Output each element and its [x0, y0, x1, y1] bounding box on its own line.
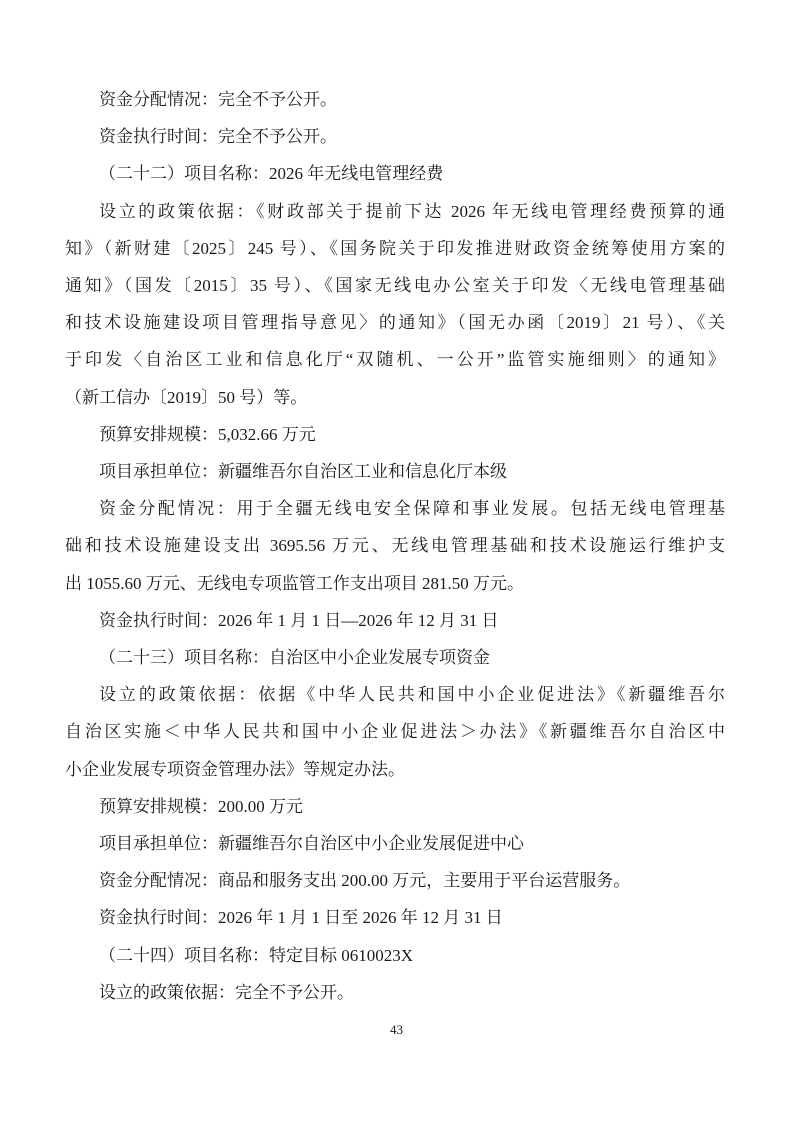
text-line: 知》（新财建〔2025〕245 号）、《国务院关于印发推进财政资金统筹使用方案的: [65, 230, 725, 267]
text-line: 预算安排规模：200.00 万元: [65, 788, 725, 825]
paragraph: 项目承担单位：新疆维吾尔自治区中小企业发展促进中心: [65, 825, 725, 862]
paragraph: 预算安排规模：200.00 万元: [65, 788, 725, 825]
text-line: 设立的政策依据：完全不予公开。: [65, 974, 725, 1011]
text-line: 出 1055.60 万元、无线电专项监管工作支出项目 281.50 万元。: [65, 565, 725, 602]
paragraph: 资金分配情况：商品和服务支出 200.00 万元，主要用于平台运营服务。: [65, 862, 725, 899]
paragraph: 资金分配情况：完全不予公开。: [65, 81, 725, 118]
paragraph: 预算安排规模：5,032.66 万元: [65, 416, 725, 453]
text-line: 和技术设施建设项目管理指导意见〉的通知》（国无办函〔2019〕21 号）、《关: [65, 304, 725, 341]
text-line: 小企业发展专项资金管理办法》等规定办法。: [65, 751, 725, 788]
text-line: 资金分配情况：商品和服务支出 200.00 万元，主要用于平台运营服务。: [65, 862, 725, 899]
text-line: 通知》（国发〔2015〕35 号）、《国家无线电办公室关于印发〈无线电管理基础: [65, 267, 725, 304]
text-line: 于印发〈自治区工业和信息化厅“双随机、一公开”监管实施细则〉的通知》: [65, 341, 725, 378]
text-line: 设立的政策依据：依据《中华人民共和国中小企业促进法》《新疆维吾尔: [65, 676, 725, 713]
text-line: 资金执行时间：完全不予公开。: [65, 118, 725, 155]
text-line: （二十四）项目名称：特定目标 0610023X: [65, 937, 725, 974]
text-line: （新工信办〔2019〕50 号）等。: [65, 379, 725, 416]
text-line: 资金分配情况：完全不予公开。: [65, 81, 725, 118]
text-line: 自治区实施＜中华人民共和国中小企业促进法＞办法》《新疆维吾尔自治区中: [65, 713, 725, 750]
text-line: （二十三）项目名称：自治区中小企业发展专项资金: [65, 639, 725, 676]
paragraph: 资金分配情况：用于全疆无线电安全保障和事业发展。包括无线电管理基 础和技术设施建…: [65, 490, 725, 602]
text-line: 资金执行时间：2026 年 1 月 1 日至 2026 年 12 月 31 日: [65, 899, 725, 936]
paragraph: （二十二）项目名称：2026 年无线电管理经费: [65, 155, 725, 192]
text-line: 设立的政策依据：《财政部关于提前下达 2026 年无线电管理经费预算的通: [65, 193, 725, 230]
paragraph: 设立的政策依据：依据《中华人民共和国中小企业促进法》《新疆维吾尔 自治区实施＜中…: [65, 676, 725, 788]
document-page: 资金分配情况：完全不予公开。 资金执行时间：完全不予公开。 （二十二）项目名称：…: [0, 0, 793, 1122]
paragraph: 项目承担单位：新疆维吾尔自治区工业和信息化厅本级: [65, 453, 725, 490]
text-line: 项目承担单位：新疆维吾尔自治区工业和信息化厅本级: [65, 453, 725, 490]
text-line: 础和技术设施建设支出 3695.56 万元、无线电管理基础和技术设施运行维护支: [65, 527, 725, 564]
text-line: （二十二）项目名称：2026 年无线电管理经费: [65, 155, 725, 192]
text-line: 预算安排规模：5,032.66 万元: [65, 416, 725, 453]
paragraph: 资金执行时间：2026 年 1 月 1 日至 2026 年 12 月 31 日: [65, 899, 725, 936]
page-number: 43: [0, 1022, 793, 1038]
text-line: 资金分配情况：用于全疆无线电安全保障和事业发展。包括无线电管理基: [65, 490, 725, 527]
text-line: 项目承担单位：新疆维吾尔自治区中小企业发展促进中心: [65, 825, 725, 862]
text-line: 资金执行时间：2026 年 1 月 1 日—2026 年 12 月 31 日: [65, 602, 725, 639]
document-body: 资金分配情况：完全不予公开。 资金执行时间：完全不予公开。 （二十二）项目名称：…: [65, 81, 725, 1011]
paragraph: 资金执行时间：2026 年 1 月 1 日—2026 年 12 月 31 日: [65, 602, 725, 639]
paragraph: 设立的政策依据：《财政部关于提前下达 2026 年无线电管理经费预算的通 知》（…: [65, 193, 725, 416]
paragraph: （二十三）项目名称：自治区中小企业发展专项资金: [65, 639, 725, 676]
paragraph: 设立的政策依据：完全不予公开。: [65, 974, 725, 1011]
paragraph: 资金执行时间：完全不予公开。: [65, 118, 725, 155]
paragraph: （二十四）项目名称：特定目标 0610023X: [65, 937, 725, 974]
